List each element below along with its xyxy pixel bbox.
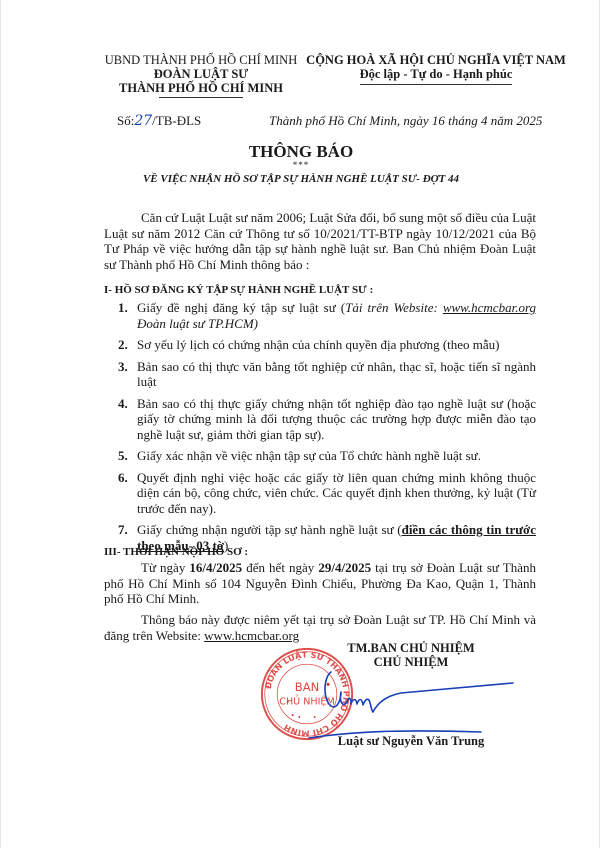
signatory-name: Luật sư Nguyễn Văn Trung (321, 734, 501, 749)
doc-number-suffix: /TB-ĐLS (152, 113, 201, 128)
intro-paragraph: Căn cứ Luật Luật sư năm 2006; Luật Sửa đ… (104, 210, 536, 272)
issuer-authority: UBND THÀNH PHỐ HỒ CHÍ MINH (101, 53, 301, 67)
issuer-underline (159, 97, 243, 98)
list-item: 6. Quyết định nghỉ việc hoặc các giấy tờ… (104, 470, 536, 517)
handwritten-signature (301, 660, 521, 745)
doc-number-handwritten: 27 (134, 113, 152, 129)
place-date-line: Thành phố Hồ Chí Minh, ngày 16 tháng 4 n… (269, 113, 542, 129)
date-to: 29/4/2025 (318, 560, 371, 575)
posting-paragraph: Thông báo này được niêm yết tại trụ sở Đ… (104, 612, 536, 643)
document-subject: VỀ VIỆC NHẬN HỒ SƠ TẬP SỰ HÀNH NGHỀ LUẬT… (1, 173, 600, 185)
national-header: CỘNG HOÀ XÃ HỘI CHỦ NGHĨA VIỆT NAM Độc l… (301, 53, 571, 85)
document-title: THÔNG BÁO (1, 142, 600, 162)
list-item: 4. Bản sao có thị thực giấy chứng nhận t… (104, 396, 536, 443)
list-item: 1. Giấy đề nghị đăng ký tập sự luật sư (… (104, 300, 536, 331)
document-number: Số:27/TB-ĐLS (117, 113, 201, 129)
doc-number-prefix: Số: (117, 113, 134, 128)
section-1-heading: I- HỒ SƠ ĐĂNG KÝ TẬP SỰ HÀNH NGHỀ LUẬT S… (104, 284, 373, 296)
list-item: 2. Sơ yếu lý lịch có chứng nhận của chín… (104, 337, 536, 353)
national-motto: Độc lập - Tự do - Hạnh phúc (301, 67, 571, 81)
document-page: UBND THÀNH PHỐ HỒ CHÍ MINH ĐOÀN LUẬT SƯ … (0, 0, 600, 848)
deadline-paragraph: Từ ngày 16/4/2025 đến hết ngày 29/4/2025… (104, 560, 536, 607)
title-separator: *** (1, 160, 600, 170)
website-link[interactable]: www.hcmcbar.org (443, 300, 536, 315)
issuer-org-line2: THÀNH PHỐ HỒ CHÍ MINH (101, 81, 301, 95)
issuer-header: UBND THÀNH PHỐ HỒ CHÍ MINH ĐOÀN LUẬT SƯ … (101, 53, 301, 98)
motto-underline (360, 84, 512, 85)
section-3-heading: III- THỜI HẠN NỘP HỒ SƠ : (104, 546, 248, 558)
website-link[interactable]: www.hcmcbar.org (204, 628, 299, 643)
requirements-list: 1. Giấy đề nghị đăng ký tập sự luật sư (… (104, 300, 536, 559)
issuer-org-line1: ĐOÀN LUẬT SƯ (101, 67, 301, 81)
list-item: 3. Bản sao có thị thực văn bằng tốt nghi… (104, 359, 536, 390)
date-from: 16/4/2025 (189, 560, 242, 575)
country-name: CỘNG HOÀ XÃ HỘI CHỦ NGHĨA VIỆT NAM (301, 53, 571, 67)
list-item: 5. Giấy xác nhận về việc nhận tập sự của… (104, 448, 536, 464)
